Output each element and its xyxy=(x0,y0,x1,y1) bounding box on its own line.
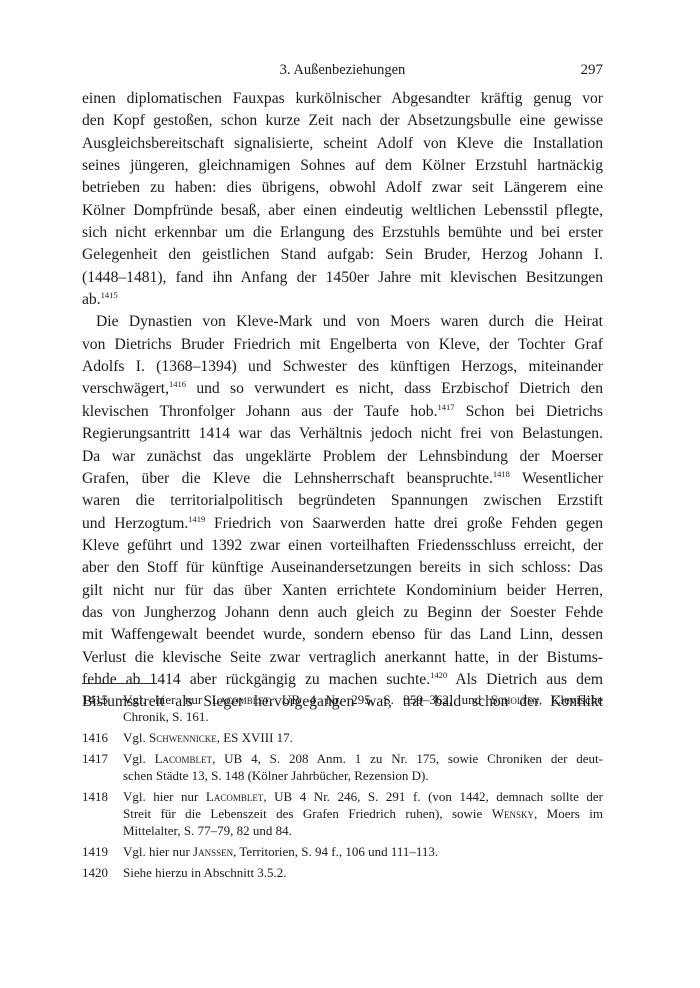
body-line: Da war zunächst das ungeklärte Problem d… xyxy=(82,446,603,468)
text-run: von Dietrichs Bruder Friedrich mit Engel… xyxy=(82,336,603,353)
text-run: Ausgleichsbereitschaft signalisierte, sc… xyxy=(82,135,603,152)
chapter-title: 3. Außenbeziehungen xyxy=(82,62,603,79)
footnotes: 1415Vgl. hier nur Lacomblet, UB 4 Nr. 29… xyxy=(82,691,603,884)
text-run: , UB 4, S. 208 Anm. 1 zu Nr. 175, sowie … xyxy=(212,751,603,766)
text-run: Grafen, über die Kleve die Lehnsherrscha… xyxy=(82,470,493,487)
text-run: Verlust die klevische Seite zwar vertrag… xyxy=(82,649,603,666)
footnote-reference[interactable]: 1418 xyxy=(493,469,510,479)
body-line: seines jüngeren, gleichnamigen Sohnes au… xyxy=(82,155,603,177)
text-run: Da war zunächst das ungeklärte Problem d… xyxy=(82,448,603,465)
text-run: Als Dietrich aus dem xyxy=(447,671,603,688)
text-run: Vgl. hier nur xyxy=(123,844,193,859)
text-run: , ES XVIII 17. xyxy=(217,730,293,745)
footnote-line: Vgl. hier nur Lacomblet, UB 4 Nr. 295, S… xyxy=(123,691,603,708)
footnote-reference[interactable]: 1420 xyxy=(430,670,447,680)
text-run: schen Städte 13, S. 148 (Kölner Jahrbüch… xyxy=(123,768,429,783)
text-run: waren die territorialpolitisch begründet… xyxy=(82,492,603,509)
text-run: , UB 4 Nr. 246, S. 291 f. (von 1442, dem… xyxy=(263,789,603,804)
footnote-line: Vgl. Schwennicke, ES XVIII 17. xyxy=(123,729,603,746)
body-line: ab.1415 xyxy=(82,289,603,311)
text-run: , Moers im xyxy=(534,806,603,821)
text-run: Siehe hierzu in Abschnitt 3.5.2. xyxy=(123,865,287,880)
author-name: Wensky xyxy=(492,806,534,821)
footnote: 1419Vgl. hier nur Janssen, Territorien, … xyxy=(82,843,603,860)
body-line: gilt nicht nur für das über Xanten erric… xyxy=(82,580,603,602)
body-text: einen diplomatischen Fauxpas kurkölnisch… xyxy=(82,88,603,714)
text-run: Chronik, S. 161. xyxy=(123,709,209,724)
text-run: (1448–1481), fand ihn Anfang der 1450er … xyxy=(82,269,603,286)
body-line: Gelegenheit den geistlichen Stand aufgab… xyxy=(82,244,603,266)
body-line: von Dietrichs Bruder Friedrich mit Engel… xyxy=(82,334,603,356)
text-run: verschwägert, xyxy=(82,380,169,397)
footnote-number: 1416 xyxy=(82,729,108,746)
page-number: 297 xyxy=(581,62,604,79)
author-name: Scholten xyxy=(491,692,539,707)
body-line: klevischen Thronfolger Johann aus der Ta… xyxy=(82,401,603,423)
text-run: einen diplomatischen Fauxpas kurkölnisch… xyxy=(82,90,603,107)
footnote-number: 1418 xyxy=(82,788,108,805)
body-line: (1448–1481), fand ihn Anfang der 1450er … xyxy=(82,267,603,289)
text-run: gilt nicht nur für das über Xanten erric… xyxy=(82,582,603,599)
text-run: Mittelalter, S. 77–79, 82 und 84. xyxy=(123,823,292,838)
text-run: Kölner Dompfründe besaß, aber einen eind… xyxy=(82,202,603,219)
text-run: ab. xyxy=(82,291,101,308)
body-line: Adolfs I. (1368–1394) und Schwester des … xyxy=(82,356,603,378)
footnote-number: 1415 xyxy=(82,691,108,708)
text-run: klevischen Thronfolger Johann aus der Ta… xyxy=(82,403,438,420)
body-line: Regierungsantritt 1414 war das Verhältni… xyxy=(82,423,603,445)
text-run: Vgl. hier nur xyxy=(123,789,206,804)
text-run: , Territorien, S. 94 f., 106 und 111–113… xyxy=(233,844,438,859)
body-line: den Kopf gestoßen, schon kurze Zeit nach… xyxy=(82,110,603,132)
text-run: Adolfs I. (1368–1394) und Schwester des … xyxy=(82,358,603,375)
body-line: mit Waffengewalt beendet wurde, sondern … xyxy=(82,624,603,646)
footnote: 1418Vgl. hier nur Lacomblet, UB 4 Nr. 24… xyxy=(82,788,603,840)
footnote-rule xyxy=(82,683,157,684)
body-line: fehde ab 1414 aber rückgängig zu machen … xyxy=(82,669,603,691)
footnote-line: Chronik, S. 161. xyxy=(123,708,603,725)
footnote: 1417Vgl. Lacomblet, UB 4, S. 208 Anm. 1 … xyxy=(82,750,603,785)
text-run: seines jüngeren, gleichnamigen Sohnes au… xyxy=(82,157,603,174)
footnote-reference[interactable]: 1419 xyxy=(188,514,205,524)
footnote-number: 1420 xyxy=(82,864,108,881)
text-run: , UB 4 Nr. 295, S. 359–362, und xyxy=(269,692,490,707)
text-run: und so verwundert es nicht, dass Erzbisc… xyxy=(186,380,603,397)
text-run: Vgl. xyxy=(123,751,155,766)
footnote-line: Streit für die Lebenszeit des Grafen Fri… xyxy=(123,805,603,822)
footnote: 1416Vgl. Schwennicke, ES XVIII 17. xyxy=(82,729,603,746)
footnote-number: 1419 xyxy=(82,843,108,860)
author-name: Lacomblet xyxy=(212,692,269,707)
body-line: verschwägert,1416 und so verwundert es n… xyxy=(82,378,603,400)
running-head: 3. Außenbeziehungen 297 xyxy=(82,62,603,82)
footnote-reference[interactable]: 1417 xyxy=(438,402,455,412)
body-line: Grafen, über die Kleve die Lehnsherrscha… xyxy=(82,468,603,490)
author-name: Lacomblet xyxy=(155,751,212,766)
body-line: Kleve geführt und 1392 zwar einen vortei… xyxy=(82,535,603,557)
author-name: Janssen xyxy=(193,844,233,859)
body-line: aber den Stoff für künftige Auseinanders… xyxy=(82,557,603,579)
footnote-line: Vgl. Lacomblet, UB 4, S. 208 Anm. 1 zu N… xyxy=(123,750,603,767)
text-run: Wesentlicher xyxy=(510,470,603,487)
body-line: betrieben zu haben: dies übrigens, obwoh… xyxy=(82,177,603,199)
body-line: und Herzogtum.1419 Friedrich von Saarwer… xyxy=(82,513,603,535)
text-run: , Clevische xyxy=(539,692,603,707)
text-run: den Kopf gestoßen, schon kurze Zeit nach… xyxy=(82,112,603,129)
text-run: aber den Stoff für künftige Auseinanders… xyxy=(82,559,603,576)
footnote-line: Siehe hierzu in Abschnitt 3.5.2. xyxy=(123,864,603,881)
body-line: Die Dynastien von Kleve-Mark und von Moe… xyxy=(82,311,603,333)
footnote-number: 1417 xyxy=(82,750,108,767)
text-run: fehde ab 1414 aber rückgängig zu machen … xyxy=(82,671,430,688)
body-line: einen diplomatischen Fauxpas kurkölnisch… xyxy=(82,88,603,110)
author-name: Lacomblet xyxy=(206,789,263,804)
text-run: Kleve geführt und 1392 zwar einen vortei… xyxy=(82,537,603,554)
text-run: das von Jungherzog Johann denn auch glei… xyxy=(82,604,603,621)
body-line: Ausgleichsbereitschaft signalisierte, sc… xyxy=(82,133,603,155)
book-page: 3. Außenbeziehungen 297 einen diplomatis… xyxy=(0,0,700,988)
footnote: 1420Siehe hierzu in Abschnitt 3.5.2. xyxy=(82,864,603,881)
text-run: mit Waffengewalt beendet wurde, sondern … xyxy=(82,626,603,643)
text-run: Friedrich von Saarwerden hatte drei groß… xyxy=(205,515,603,532)
body-line: waren die territorialpolitisch begründet… xyxy=(82,490,603,512)
body-line: Verlust die klevische Seite zwar vertrag… xyxy=(82,647,603,669)
author-name: Schwennicke xyxy=(149,730,217,745)
text-run: sich nicht erkennbar um die Erlangung de… xyxy=(82,224,603,241)
text-run: Streit für die Lebenszeit des Grafen Fri… xyxy=(123,806,492,821)
body-line: Kölner Dompfründe besaß, aber einen eind… xyxy=(82,200,603,222)
text-run: Die Dynastien von Kleve-Mark und von Moe… xyxy=(96,313,603,330)
text-run: Vgl. hier nur xyxy=(123,692,212,707)
footnote-reference[interactable]: 1416 xyxy=(169,379,186,389)
footnote-line: Mittelalter, S. 77–79, 82 und 84. xyxy=(123,822,603,839)
text-run: Regierungsantritt 1414 war das Verhältni… xyxy=(82,425,603,442)
text-run: betrieben zu haben: dies übrigens, obwoh… xyxy=(82,179,603,196)
footnote: 1415Vgl. hier nur Lacomblet, UB 4 Nr. 29… xyxy=(82,691,603,726)
footnote-line: schen Städte 13, S. 148 (Kölner Jahrbüch… xyxy=(123,767,603,784)
body-line: das von Jungherzog Johann denn auch glei… xyxy=(82,602,603,624)
footnote-reference[interactable]: 1415 xyxy=(101,290,118,300)
body-line: sich nicht erkennbar um die Erlangung de… xyxy=(82,222,603,244)
text-run: Vgl. xyxy=(123,730,149,745)
text-run: Schon bei Dietrichs xyxy=(455,403,604,420)
footnote-line: Vgl. hier nur Lacomblet, UB 4 Nr. 246, S… xyxy=(123,788,603,805)
text-run: Gelegenheit den geistlichen Stand aufgab… xyxy=(82,246,603,263)
footnote-line: Vgl. hier nur Janssen, Territorien, S. 9… xyxy=(123,843,603,860)
text-run: und Herzogtum. xyxy=(82,515,188,532)
